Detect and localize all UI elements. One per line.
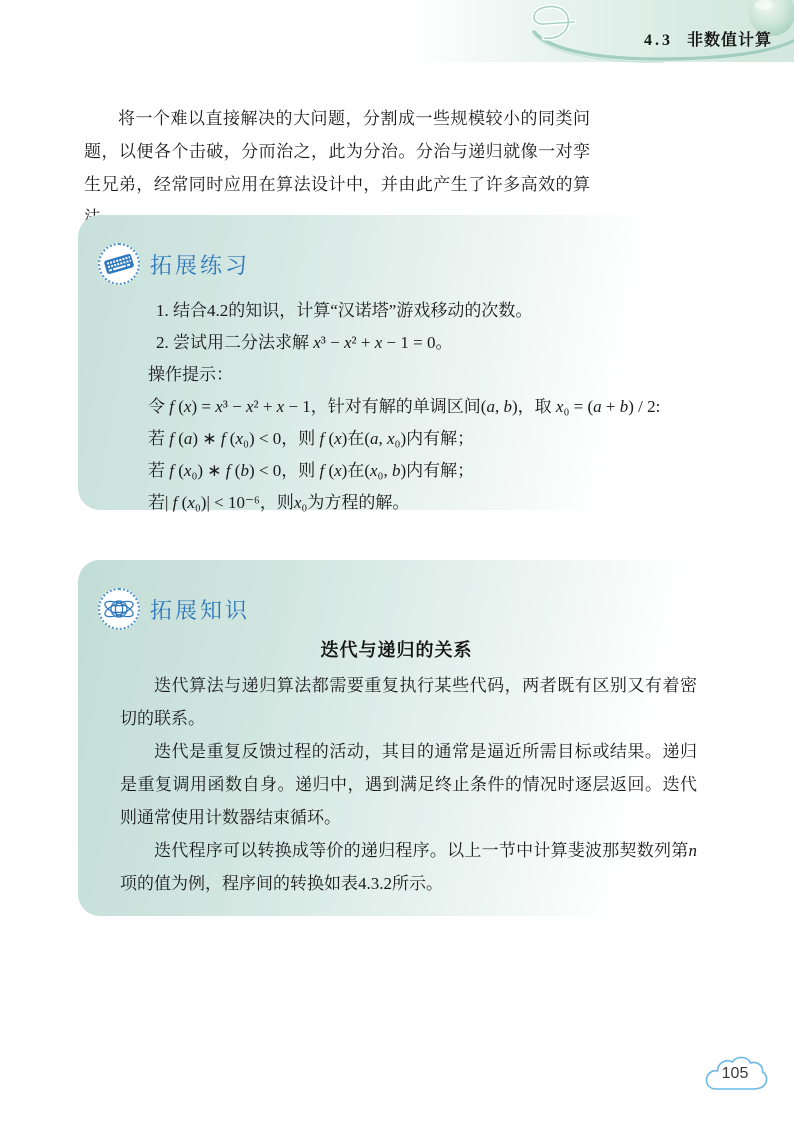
practice-box-title: 拓展练习 [150,249,250,280]
practice-badge [98,243,140,285]
page-number: 105 [702,1065,768,1083]
knowledge-paragraph: 迭代程序可以转换成等价的递归程序。以上一节中计算斐波那契数列第n项的值为例，程序… [120,834,697,900]
textbook-page: 4.3非数值计算 将一个难以直接解决的大问题，分割成一些规模较小的同类问题，以便… [0,0,794,1122]
practice-box: 拓展练习 1. 结合4.2的知识，计算“汉诺塔”游戏移动的次数。 2. 尝试用二… [78,215,712,510]
keyboard-icon [102,250,136,278]
knowledge-box-title: 拓展知识 [150,594,250,625]
practice-line: 若 f (x₀) ∗ f (b) < 0，则 f (x)在(x₀, b)内有解； [148,455,692,487]
section-number: 4.3 [644,32,673,49]
practice-line: 操作提示： [148,359,692,391]
practice-line: 若 f (a) ∗ f (x₀) < 0，则 f (x)在(a, x₀)内有解； [148,423,692,455]
knowledge-paragraph: 迭代是重复反馈过程的活动，其目的通常是逼近所需目标或结果。递归是重复调用函数自身… [120,735,697,834]
knowledge-box-header: 拓展知识 [78,560,715,630]
practice-line: 1. 结合4.2的知识，计算“汉诺塔”游戏移动的次数。 [148,295,692,327]
knowledge-paragraph: 迭代算法与递归算法都需要重复执行某些代码，两者既有区别又有着密切的联系。 [120,669,697,735]
knowledge-heading: 迭代与递归的关系 [78,636,715,662]
knowledge-badge [98,588,140,630]
practice-line: 若| f (x₀)| < 10⁻⁶，则x₀为方程的解。 [148,487,692,519]
section-title: 非数值计算 [687,32,772,49]
knowledge-content: 迭代算法与递归算法都需要重复执行某些代码，两者既有区别又有着密切的联系。 迭代是… [120,669,697,900]
globe-icon [102,593,136,625]
practice-box-header: 拓展练习 [78,215,712,285]
header-band: 4.3非数值计算 [0,0,794,62]
practice-line: 2. 尝试用二分法求解 x³ − x² + x − 1 = 0。 [148,327,692,359]
practice-line: 令 f (x) = x³ − x² + x − 1，针对有解的单调区间(a, b… [148,391,692,423]
page-number-cloud: 105 [702,1052,768,1100]
practice-content: 1. 结合4.2的知识，计算“汉诺塔”游戏移动的次数。 2. 尝试用二分法求解 … [148,295,692,519]
section-heading: 4.3非数值计算 [644,27,772,50]
knowledge-box: 拓展知识 迭代与递归的关系 迭代算法与递归算法都需要重复执行某些代码，两者既有区… [78,560,715,916]
